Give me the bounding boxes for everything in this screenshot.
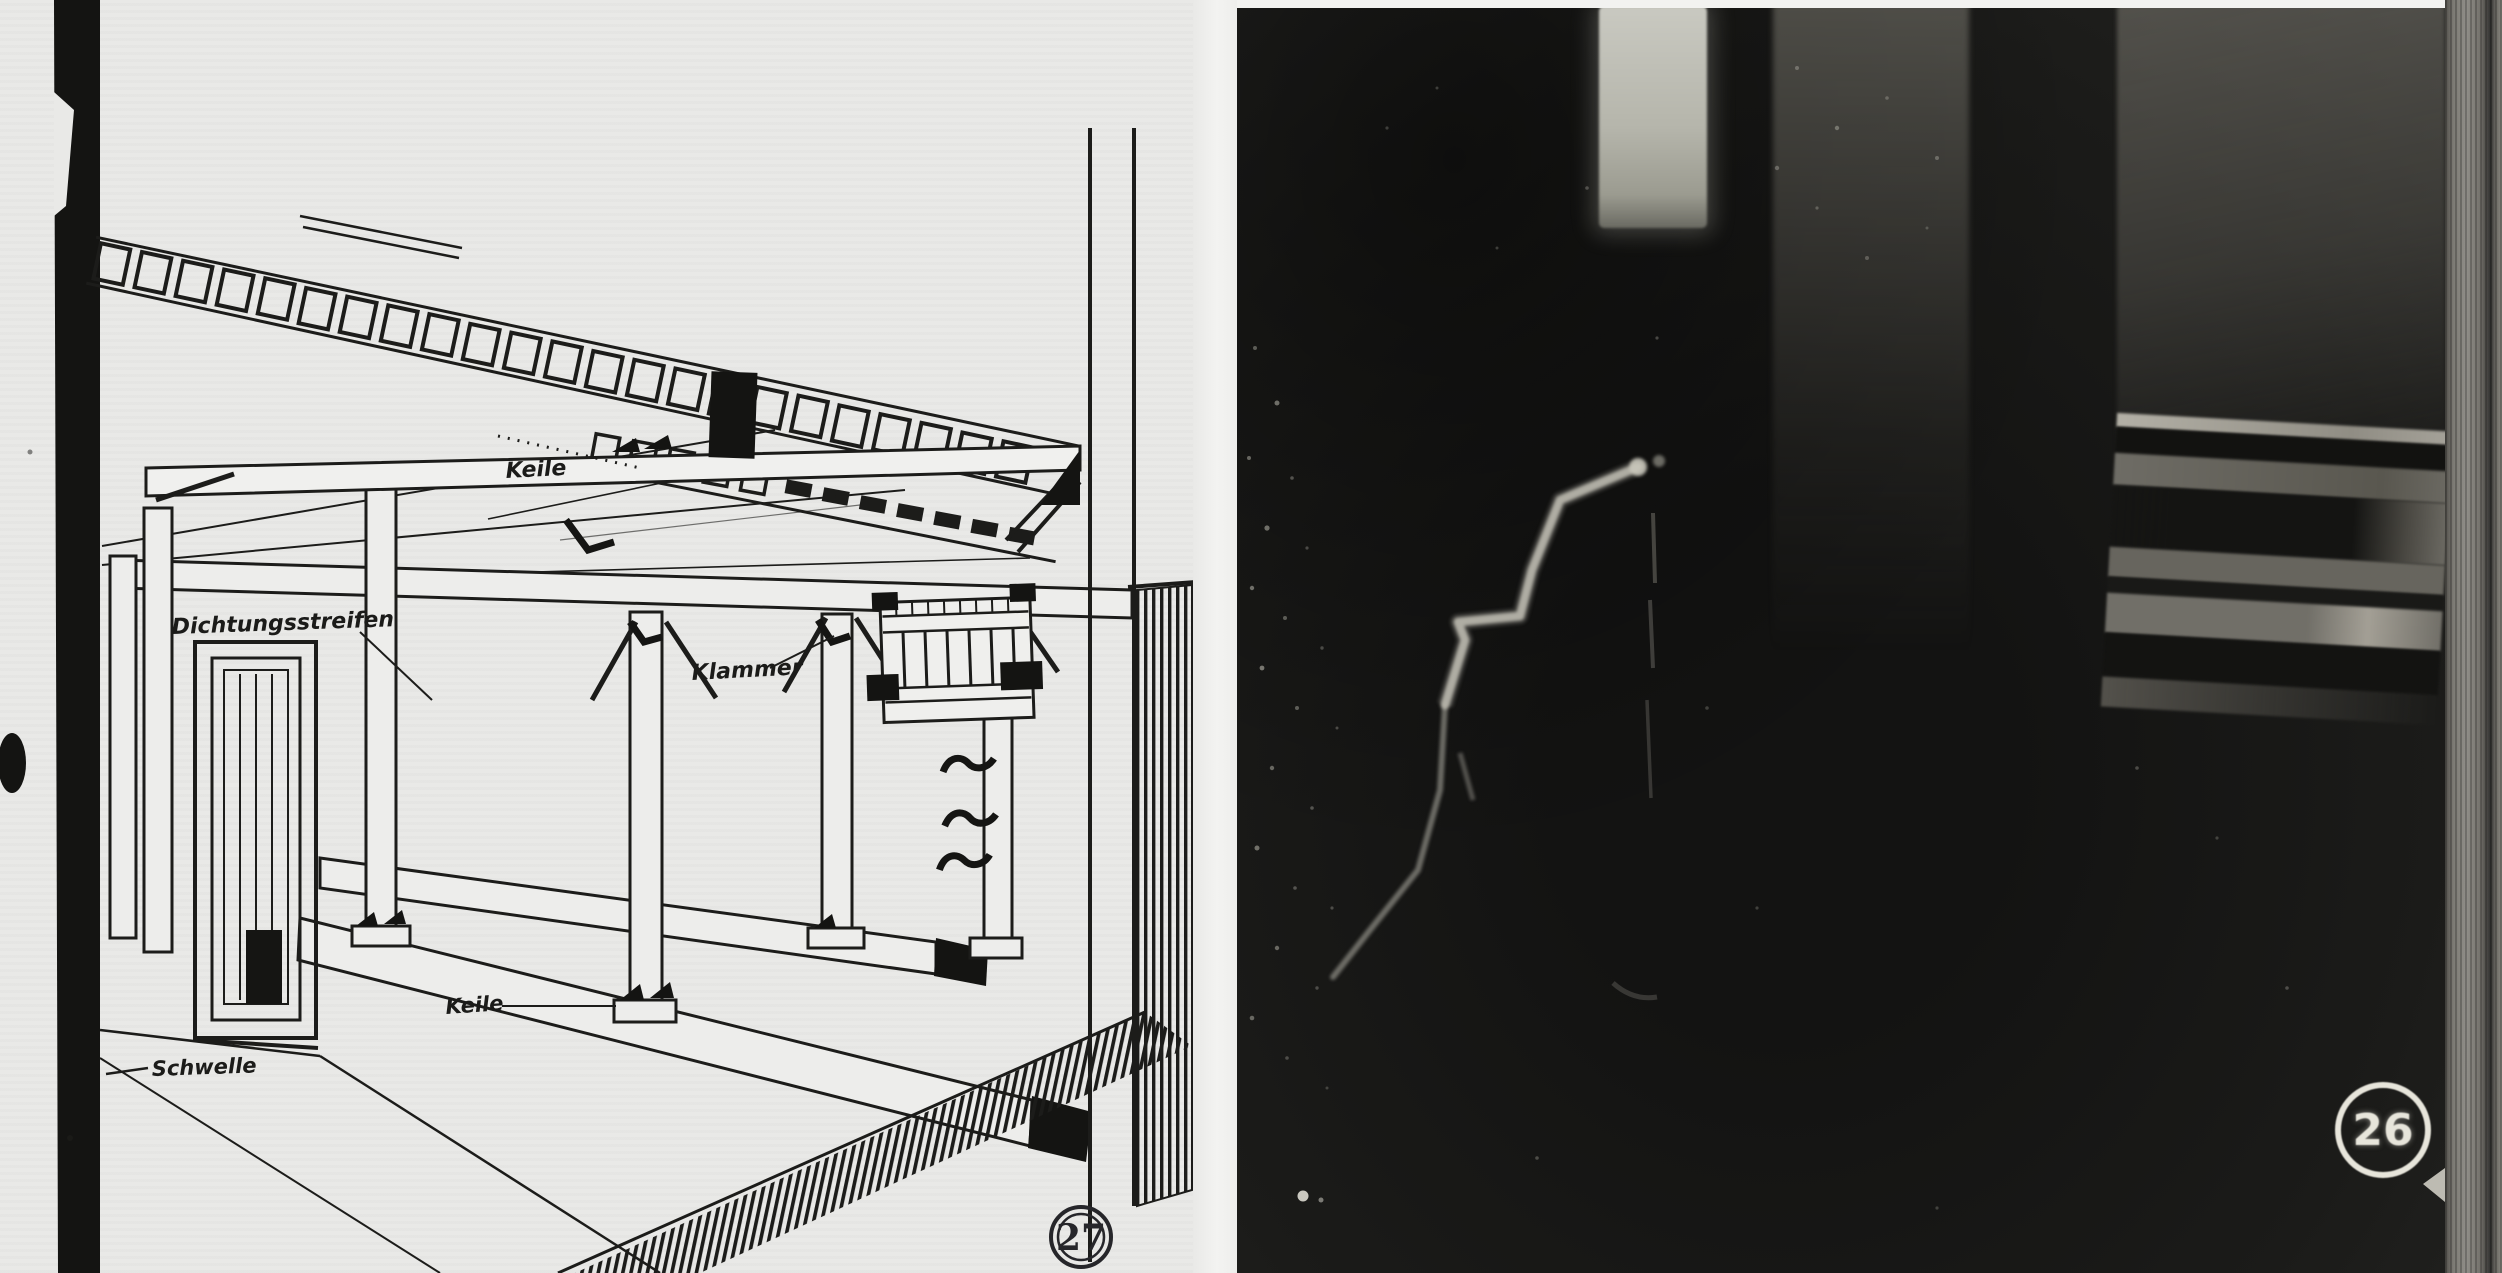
page-gutter xyxy=(1193,0,1237,1273)
grain-speckles xyxy=(1247,66,2289,1210)
hatched-wall-strip xyxy=(1137,585,1192,1206)
photo-highlights xyxy=(1237,8,2445,1273)
figure-number-26-text: 26 xyxy=(2352,1105,2413,1156)
cross-beam-end xyxy=(709,371,758,459)
handrail-highlight xyxy=(1333,455,1665,977)
post-rear xyxy=(808,614,864,948)
left-margin-bar xyxy=(0,0,100,1273)
label-keile-top: Keile xyxy=(505,456,567,484)
post-center xyxy=(614,612,676,1022)
label-keile-bottom: Keile xyxy=(445,991,505,1019)
figure-number-27-text: 27 xyxy=(1056,1217,1106,1259)
bright-spot xyxy=(1298,1191,1309,1202)
figure-27-drawing: Keile Dichtungsstreifen Klammer Keile Sc… xyxy=(0,0,1237,1273)
wedge xyxy=(612,438,640,452)
figure-26-photo: 26 xyxy=(1237,0,2502,1273)
door-shadow xyxy=(246,930,282,1004)
photo-top-margin xyxy=(1237,0,2445,8)
wall-pillar xyxy=(1090,128,1196,1262)
plank-bundle xyxy=(863,583,1044,723)
edge-flare xyxy=(2423,1168,2445,1202)
door-frame xyxy=(195,642,318,1048)
label-dichtungsstreifen: Dichtungsstreifen xyxy=(171,607,394,640)
label-schwelle: Schwelle xyxy=(151,1053,257,1081)
photo-image: 26 xyxy=(1237,8,2445,1273)
figure-number-26: 26 xyxy=(2335,1082,2431,1178)
leader-schwelle xyxy=(106,1068,148,1074)
figure-number-27: 27 xyxy=(1051,1207,1111,1267)
scanned-page-left: Keile Dichtungsstreifen Klammer Keile Sc… xyxy=(0,0,1237,1273)
page-edge-strip xyxy=(2445,0,2502,1273)
pillar-edge-dashes xyxy=(1613,513,1657,998)
ceiling-rail-lines xyxy=(300,216,462,258)
margin-ink-blob xyxy=(0,733,26,793)
